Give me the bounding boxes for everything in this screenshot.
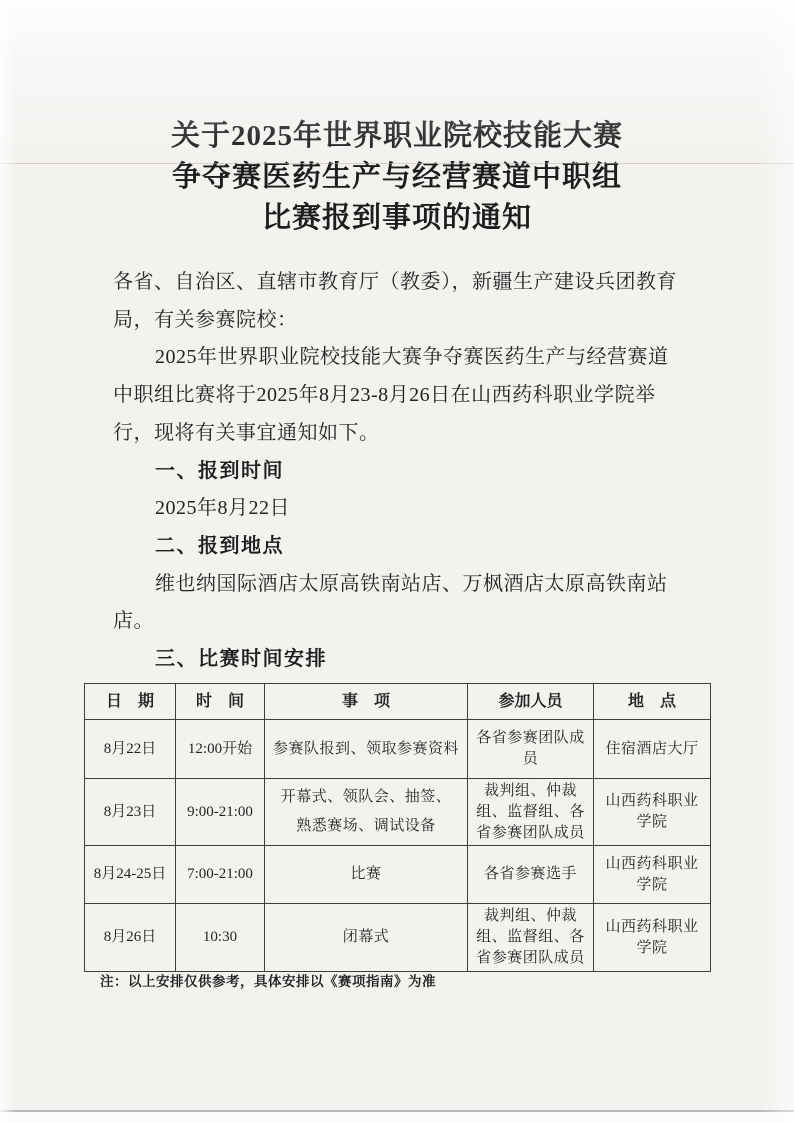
intro-line: 行，现将有关事宜通知如下。 [113,415,689,453]
section-heading-report-location: 二、报到地点 [113,528,689,566]
cell-time: 9:00-21:00 [176,779,265,846]
intro-line: 中职组比赛将于2025年8月23-8月26日在山西药科职业学院举 [113,377,689,415]
report-location-line: 店。 [113,603,689,641]
footnote: 注：以上安排仅供参考，具体安排以《赛项指南》为准 [100,970,436,990]
scanned-notice-page: 关于2025年世界职业院校技能大赛 争夺赛医药生产与经营赛道中职组 比赛报到事项… [0,0,794,1123]
cell-date: 8月22日 [85,720,176,779]
cell-participants: 各省参赛选手 [468,846,594,904]
schedule-row: 8月23日 9:00-21:00 开幕式、领队会、抽签、 熟悉赛场、调试设备 裁… [85,779,711,846]
cell-participants: 裁判组、仲裁组、监督组、各省参赛团队成员 [468,904,594,972]
salutation-line: 局，有关参赛院校： [113,302,689,340]
header-location: 地 点 [594,684,711,720]
schedule-table: 日 期 时 间 事 项 参加人员 地 点 8月22日 12:00开始 参赛队报到… [84,683,711,972]
report-location-line: 维也纳国际酒店太原高铁南站店、万枫酒店太原高铁南站 [113,566,689,604]
cell-time: 10:30 [176,904,265,972]
paper-crease-line [0,163,794,164]
scanner-background [0,1112,794,1123]
header-participants: 参加人员 [468,684,594,720]
schedule-row: 8月22日 12:00开始 参赛队报到、领取参赛资料 各省参赛团队成员 住宿酒店… [85,720,711,779]
header-date: 日 期 [85,684,176,720]
cell-location: 山西药科职业学院 [594,904,711,972]
cell-event: 参赛队报到、领取参赛资料 [265,720,468,779]
cell-location: 山西药科职业学院 [594,779,711,846]
cell-time: 7:00-21:00 [176,846,265,904]
notice-body: 各省、自治区、直辖市教育厅（教委），新疆生产建设兵团教育 局，有关参赛院校： 2… [113,264,689,679]
section-heading-report-time: 一、报到时间 [113,453,689,491]
header-time: 时 间 [176,684,265,720]
cell-event: 开幕式、领队会、抽签、 熟悉赛场、调试设备 [265,779,468,846]
salutation-line: 各省、自治区、直辖市教育厅（教委），新疆生产建设兵团教育 [113,264,689,302]
cell-date: 8月23日 [85,779,176,846]
schedule-row: 8月26日 10:30 闭幕式 裁判组、仲裁组、监督组、各省参赛团队成员 山西药… [85,904,711,972]
schedule-row: 8月24-25日 7:00-21:00 比赛 各省参赛选手 山西药科职业学院 [85,846,711,904]
cell-participants: 裁判组、仲裁组、监督组、各省参赛团队成员 [468,779,594,846]
cell-date: 8月26日 [85,904,176,972]
notice-title: 关于2025年世界职业院校技能大赛 争夺赛医药生产与经营赛道中职组 比赛报到事项… [0,116,794,239]
notice-title-line: 比赛报到事项的通知 [0,198,794,239]
report-time-value: 2025年8月22日 [113,490,689,528]
cell-location: 山西药科职业学院 [594,846,711,904]
cell-event: 闭幕式 [265,904,468,972]
cell-location: 住宿酒店大厅 [594,720,711,779]
notice-title-line: 关于2025年世界职业院校技能大赛 [0,116,794,157]
cell-time: 12:00开始 [176,720,265,779]
section-heading-schedule: 三、比赛时间安排 [113,641,689,679]
header-event: 事 项 [265,684,468,720]
schedule-header-row: 日 期 时 间 事 项 参加人员 地 点 [85,684,711,720]
cell-event: 比赛 [265,846,468,904]
intro-line: 2025年世界职业院校技能大赛争夺赛医药生产与经营赛道 [113,339,689,377]
cell-participants: 各省参赛团队成员 [468,720,594,779]
cell-date: 8月24-25日 [85,846,176,904]
